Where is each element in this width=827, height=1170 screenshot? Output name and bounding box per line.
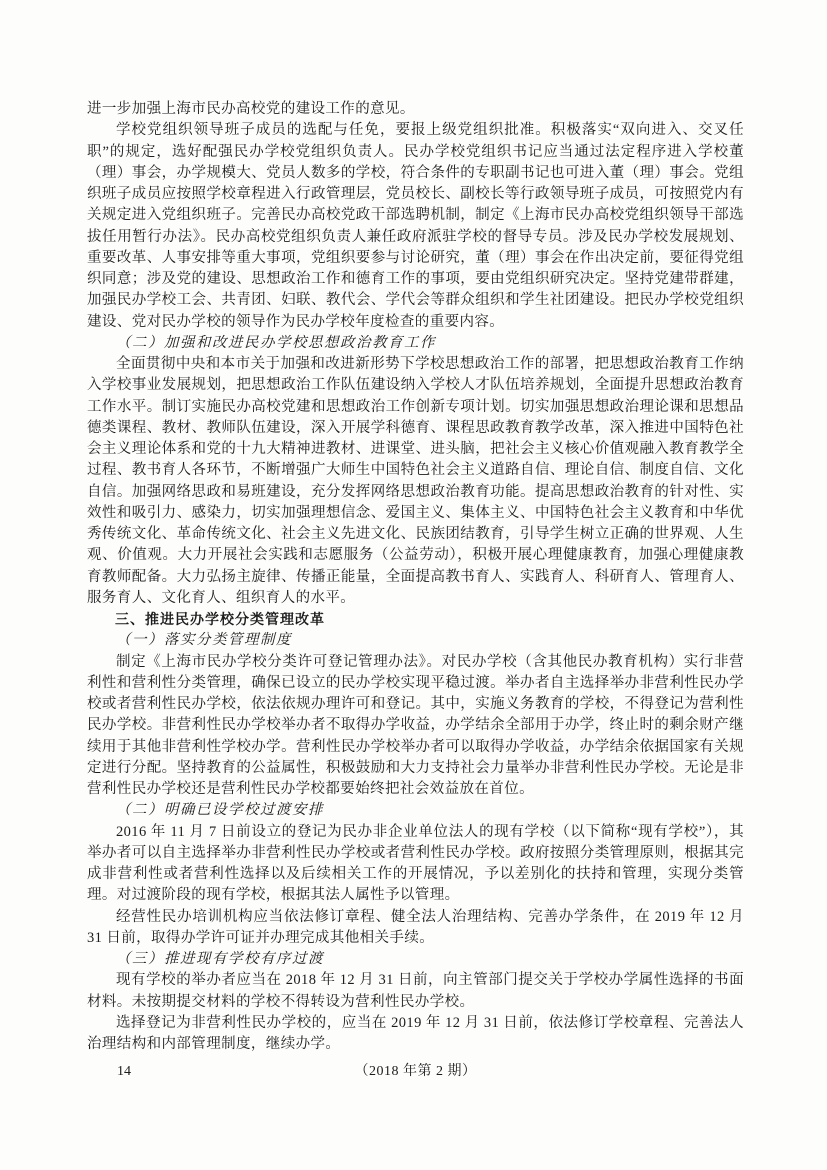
paragraph-nonprofit-registration: 选择登记为非营利性民办学校的，应当在 2019 年 12 月 31 日前，依法修… bbox=[87, 1013, 744, 1056]
paragraph-training-institutions: 经营性民办培训机构应当依法修订章程、健全法人治理结构、完善办学条件，在 2019… bbox=[87, 907, 744, 950]
subsection-heading-orderly-transition: （三）推进现有学校有序过渡 bbox=[87, 949, 744, 970]
document-page: 进一步加强上海市民办高校党的建设工作的意见。 学校党组织领导班子成员的选配与任免… bbox=[0, 0, 827, 1170]
paragraph-ideological-education: 全面贯彻中央和本市关于加强和改进新形势下学校思想政治工作的部署，把思想政治教育工… bbox=[87, 354, 744, 609]
paragraph-party-organization: 学校党组织领导班子成员的选配与任免，要报上级党组织批准。积极落实“双向进入、交叉… bbox=[87, 120, 744, 333]
paragraph-classified-system: 制定《上海市民办学校分类许可登记管理办法》。对民办学校（含其他民办教育机构）实行… bbox=[87, 652, 744, 801]
subsection-heading-ideological-education: （二）加强和改进民办学校思想政治教育工作 bbox=[87, 333, 744, 354]
section-heading-classified-management: 三、推进民办学校分类管理改革 bbox=[87, 609, 744, 630]
paragraph-continuation: 进一步加强上海市民办高校党的建设工作的意见。 bbox=[87, 99, 744, 120]
subsection-heading-classified-system: （一）落实分类管理制度 bbox=[87, 630, 744, 651]
page-number: 14 bbox=[117, 1061, 131, 1083]
journal-issue-label: （2018 年第 2 期） bbox=[87, 1061, 744, 1083]
page-footer: 14 （2018 年第 2 期） bbox=[87, 1061, 744, 1083]
document-content: 进一步加强上海市民办高校党的建设工作的意见。 学校党组织领导班子成员的选配与任免… bbox=[87, 99, 744, 1055]
paragraph-orderly-transition: 现有学校的举办者应当在 2018 年 12 月 31 日前，向主管部门提交关于学… bbox=[87, 970, 744, 1013]
subsection-heading-transition-arrangement: （二）明确已设学校过渡安排 bbox=[87, 800, 744, 821]
paragraph-transition-arrangement: 2016 年 11 月 7 日前设立的登记为民办非企业单位法人的现有学校（以下简… bbox=[87, 822, 744, 907]
